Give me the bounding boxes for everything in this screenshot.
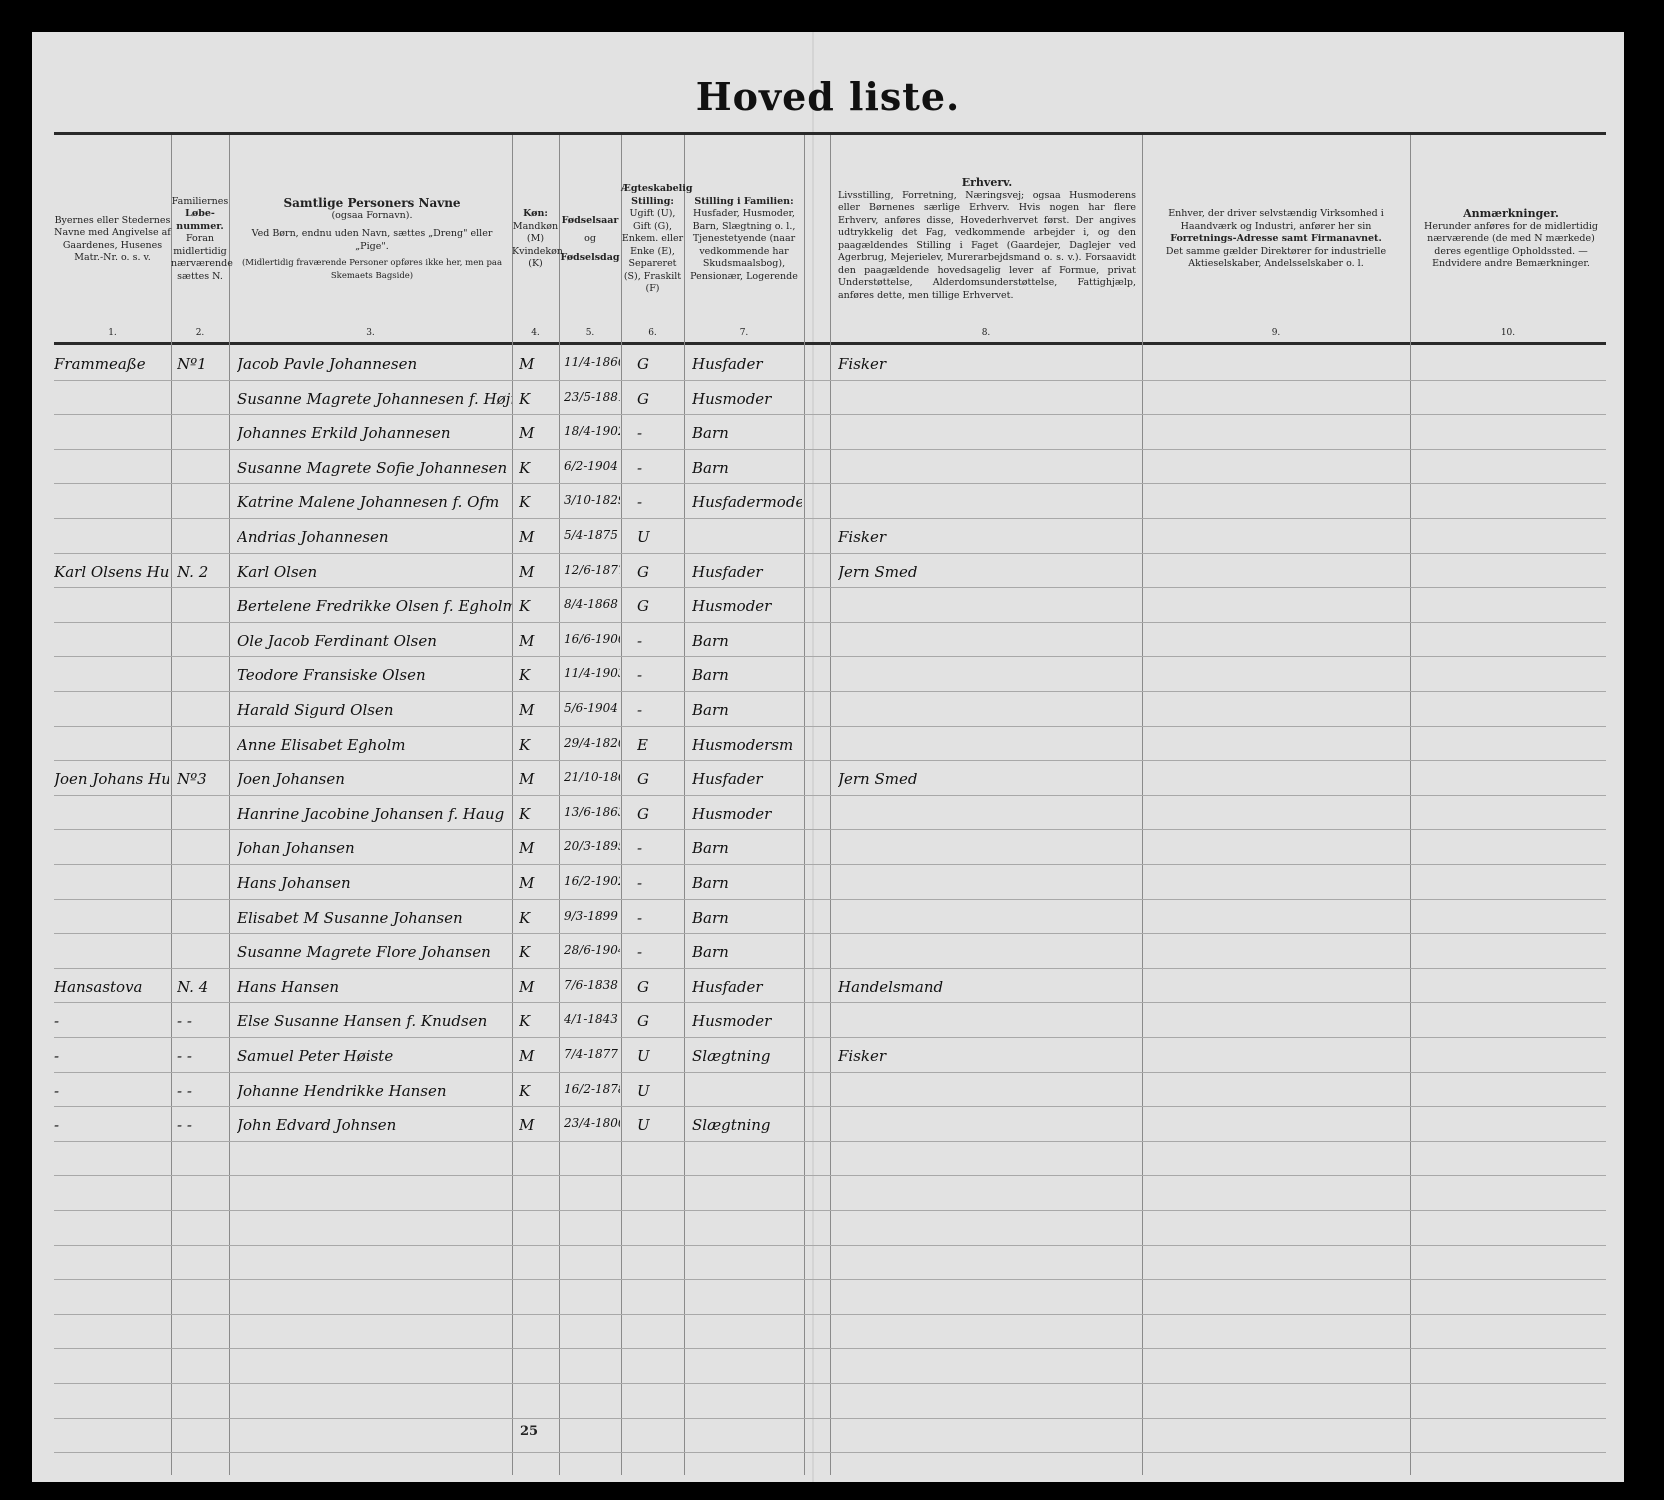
cell-marital: - [637,632,677,650]
column-number: 9. [1142,328,1410,338]
row-line [54,1037,1606,1038]
cell-marital: G [637,770,677,788]
cell-position: Barn [692,943,802,961]
cell-marital: - [637,839,677,857]
row-line [54,380,1606,381]
cell-occupation: Handelsmand [838,978,1128,996]
cell-place: Joen Johans Hus [54,770,169,788]
cell-family-no: N. 2 [177,563,227,581]
column-number: 6. [621,328,684,338]
cell-birth: 11/4-1903 [564,666,620,680]
row-line [54,1452,1606,1453]
cell-name: Elisabet M Susanne Johansen [237,909,512,927]
cell-sex: M [519,632,557,650]
cell-name: Susanne Magrete Johannesen f. Højn [237,390,512,408]
column-number: 8. [830,328,1142,338]
cell-place: - [54,1116,169,1134]
row-line [54,1418,1606,1419]
cell-birth: 11/4-1860 [564,355,620,369]
row-line [54,1141,1606,1142]
header-col-3: Samtlige Personers Navne (ogsaa Fornavn)… [237,142,507,337]
header-col-2: Familiernes Løbe-nummer. Foran midlertid… [171,142,229,337]
cell-position: Husfader [692,355,802,373]
cell-marital: - [637,701,677,719]
cell-name: Jacob Pavle Johannesen [237,355,512,373]
cell-position: Slægtning [692,1116,802,1134]
cell-sex: K [519,493,557,511]
cell-occupation: Fisker [838,1047,1128,1065]
header-col-8: Erhverv. Livsstilling, Forretning, Nærin… [838,142,1136,337]
cell-position: Husmoder [692,597,802,615]
cell-place: - [54,1047,169,1065]
cell-name: Susanne Magrete Flore Johansen [237,943,512,961]
cell-name: Joen Johansen [237,770,512,788]
cell-family-no: - - [177,1082,227,1100]
cell-place: Frammeaße [54,355,169,373]
cell-position: Husfader [692,770,802,788]
cell-name: Ole Jacob Ferdinant Olsen [237,632,512,650]
row-line [54,691,1606,692]
cell-name: Samuel Peter Høiste [237,1047,512,1065]
cell-name: Karl Olsen [237,563,512,581]
row-line [54,622,1606,623]
cell-marital: G [637,597,677,615]
cell-marital: U [637,528,677,546]
cell-birth: 5/6-1904 [564,701,620,715]
row-line [54,829,1606,830]
row-line [54,1279,1606,1280]
cell-position: Barn [692,424,802,442]
cell-birth: 7/4-1877 [564,1047,620,1061]
cell-place: - [54,1082,169,1100]
cell-birth: 20/3-1895 [564,839,620,853]
cell-position: Husmoder [692,805,802,823]
row-line [54,1072,1606,1073]
cell-birth: 29/4-1820 [564,736,620,750]
cell-position: Husmoder [692,390,802,408]
cell-marital: - [637,459,677,477]
row-line [54,1383,1606,1384]
cell-sex: K [519,1082,557,1100]
cell-marital: G [637,390,677,408]
cell-marital: E [637,736,677,754]
cell-name: Hans Johansen [237,874,512,892]
cell-birth: 23/4-1800 [564,1116,620,1130]
cell-name: John Edvard Johnsen [237,1116,512,1134]
cell-birth: 4/1-1843 [564,1012,620,1026]
cell-family-no: N. 4 [177,978,227,996]
cell-name: Else Susanne Hansen f. Knudsen [237,1012,512,1030]
cell-position: Barn [692,909,802,927]
cell-position: Barn [692,666,802,684]
cell-birth: 23/5-1881 [564,390,620,404]
cell-name: Katrine Malene Johannesen f. Ofm [237,493,512,511]
cell-family-no: Nº3 [177,770,227,788]
cell-name: Hans Hansen [237,978,512,996]
cell-marital: U [637,1082,677,1100]
cell-sex: M [519,355,557,373]
header-col-9: Enhver, der driver selvstændig Virksomhe… [1148,142,1404,337]
header-col-10: Anmærkninger. Herunder anføres for de mi… [1416,142,1606,337]
census-form-page: Hoved liste. Byernes eller Stedernes Nav… [32,32,1624,1482]
row-line [54,1245,1606,1246]
cell-birth: 7/6-1838 [564,978,620,992]
row-line [54,587,1606,588]
cell-marital: G [637,563,677,581]
row-line [54,795,1606,796]
cell-birth: 8/4-1868 [564,597,620,611]
cell-position: Husfader [692,978,802,996]
cell-name: Bertelene Fredrikke Olsen f. Egholm [237,597,512,615]
cell-sex: K [519,597,557,615]
cell-marital: G [637,1012,677,1030]
page-number: 25 [520,1424,538,1439]
column-number: 10. [1410,328,1606,338]
cell-sex: M [519,424,557,442]
cell-sex: K [519,1012,557,1030]
header-col-6: Ægteskabelig Stilling: Ugift (U), Gift (… [621,142,684,337]
column-number: 4. [512,328,559,338]
cell-sex: M [519,978,557,996]
row-line [54,1002,1606,1003]
cell-sex: K [519,666,557,684]
cell-occupation: Fisker [838,528,1128,546]
cell-sex: K [519,390,557,408]
column-number: 2. [171,328,229,338]
cell-place: Karl Olsens Hus [54,563,169,581]
cell-sex: M [519,839,557,857]
cell-name: Teodore Fransiske Olsen [237,666,512,684]
row-line [54,1175,1606,1176]
cell-birth: 16/2-1878 [564,1082,620,1096]
header-col-4: Køn: Mandkøn (M) Kvindekøn (K) [512,142,559,337]
row-line [54,518,1606,519]
cell-marital: U [637,1116,677,1134]
cell-sex: K [519,459,557,477]
cell-marital: - [637,874,677,892]
cell-sex: M [519,874,557,892]
cell-family-no: - - [177,1047,227,1065]
header-col-7: Stilling i Familien: Husfader, Husmoder,… [684,142,804,337]
cell-family-no: - - [177,1012,227,1030]
row-line [54,1314,1606,1315]
cell-position: Barn [692,701,802,719]
column-number: 1. [54,328,171,338]
cell-sex: M [519,701,557,719]
cell-marital: - [637,666,677,684]
cell-sex: K [519,736,557,754]
cell-occupation: Fisker [838,355,1128,373]
page-fold [812,32,814,1482]
cell-marital: U [637,1047,677,1065]
page-title: Hoved liste. [32,74,1624,119]
cell-marital: G [637,355,677,373]
cell-marital: G [637,978,677,996]
column-number: 5. [559,328,621,338]
cell-name: Johanne Hendrikke Hansen [237,1082,512,1100]
row-line [54,933,1606,934]
cell-birth: 16/2-1902 [564,874,620,888]
row-line [54,656,1606,657]
row-line [54,553,1606,554]
cell-birth: 9/3-1899 [564,909,620,923]
cell-place: Hansastova [54,978,169,996]
column-divider [804,135,805,1475]
cell-position: Barn [692,459,802,477]
row-line [54,449,1606,450]
cell-name: Susanne Magrete Sofie Johannesen [237,459,512,477]
cell-birth: 12/6-1877 [564,563,620,577]
cell-birth: 16/6-1900 [564,632,620,646]
cell-family-no: - - [177,1116,227,1134]
column-number: 7. [684,328,804,338]
cell-marital: G [637,805,677,823]
cell-occupation: Jern Smed [838,563,1128,581]
row-line [54,760,1606,761]
cell-sex: M [519,770,557,788]
column-number: 3. [229,328,512,338]
header-col-1: Byernes eller Stedernes Navne med Angive… [54,142,171,337]
row-line [54,726,1606,727]
row-line [54,864,1606,865]
cell-name: Andrias Johannesen [237,528,512,546]
cell-birth: 13/6-1863 [564,805,620,819]
row-line [54,414,1606,415]
cell-birth: 18/4-1902 [564,424,620,438]
cell-name: Anne Elisabet Egholm [237,736,512,754]
cell-position: Slægtning [692,1047,802,1065]
cell-name: Hanrine Jacobine Johansen f. Haug [237,805,512,823]
cell-sex: M [519,1116,557,1134]
cell-position: Husfadermoder [692,493,802,511]
cell-name: Harald Sigurd Olsen [237,701,512,719]
row-line [54,1210,1606,1211]
header-col-5: Fødselsaar og Fødselsdag [559,142,621,337]
cell-sex: K [519,943,557,961]
cell-position: Barn [692,839,802,857]
cell-place: - [54,1012,169,1030]
row-line [54,1348,1606,1349]
cell-sex: K [519,805,557,823]
cell-birth: 28/6-1904 [564,943,620,957]
row-line [54,1106,1606,1107]
cell-sex: M [519,563,557,581]
cell-name: Johannes Erkild Johannesen [237,424,512,442]
cell-position: Husfader [692,563,802,581]
cell-birth: 5/4-1875 [564,528,620,542]
row-line [54,483,1606,484]
cell-birth: 3/10-1829 [564,493,620,507]
cell-position: Barn [692,874,802,892]
cell-position: Barn [692,632,802,650]
cell-position: Husmoder [692,1012,802,1030]
cell-birth: 6/2-1904 [564,459,620,473]
cell-sex: M [519,1047,557,1065]
cell-occupation: Jern Smed [838,770,1128,788]
cell-marital: - [637,909,677,927]
cell-marital: - [637,424,677,442]
cell-marital: - [637,493,677,511]
cell-sex: K [519,909,557,927]
row-line [54,968,1606,969]
cell-position: Husmodersm [692,736,802,754]
cell-marital: - [637,943,677,961]
cell-sex: M [519,528,557,546]
row-line [54,899,1606,900]
cell-name: Johan Johansen [237,839,512,857]
cell-family-no: Nº1 [177,355,227,373]
cell-birth: 21/10-1866 [564,770,620,784]
